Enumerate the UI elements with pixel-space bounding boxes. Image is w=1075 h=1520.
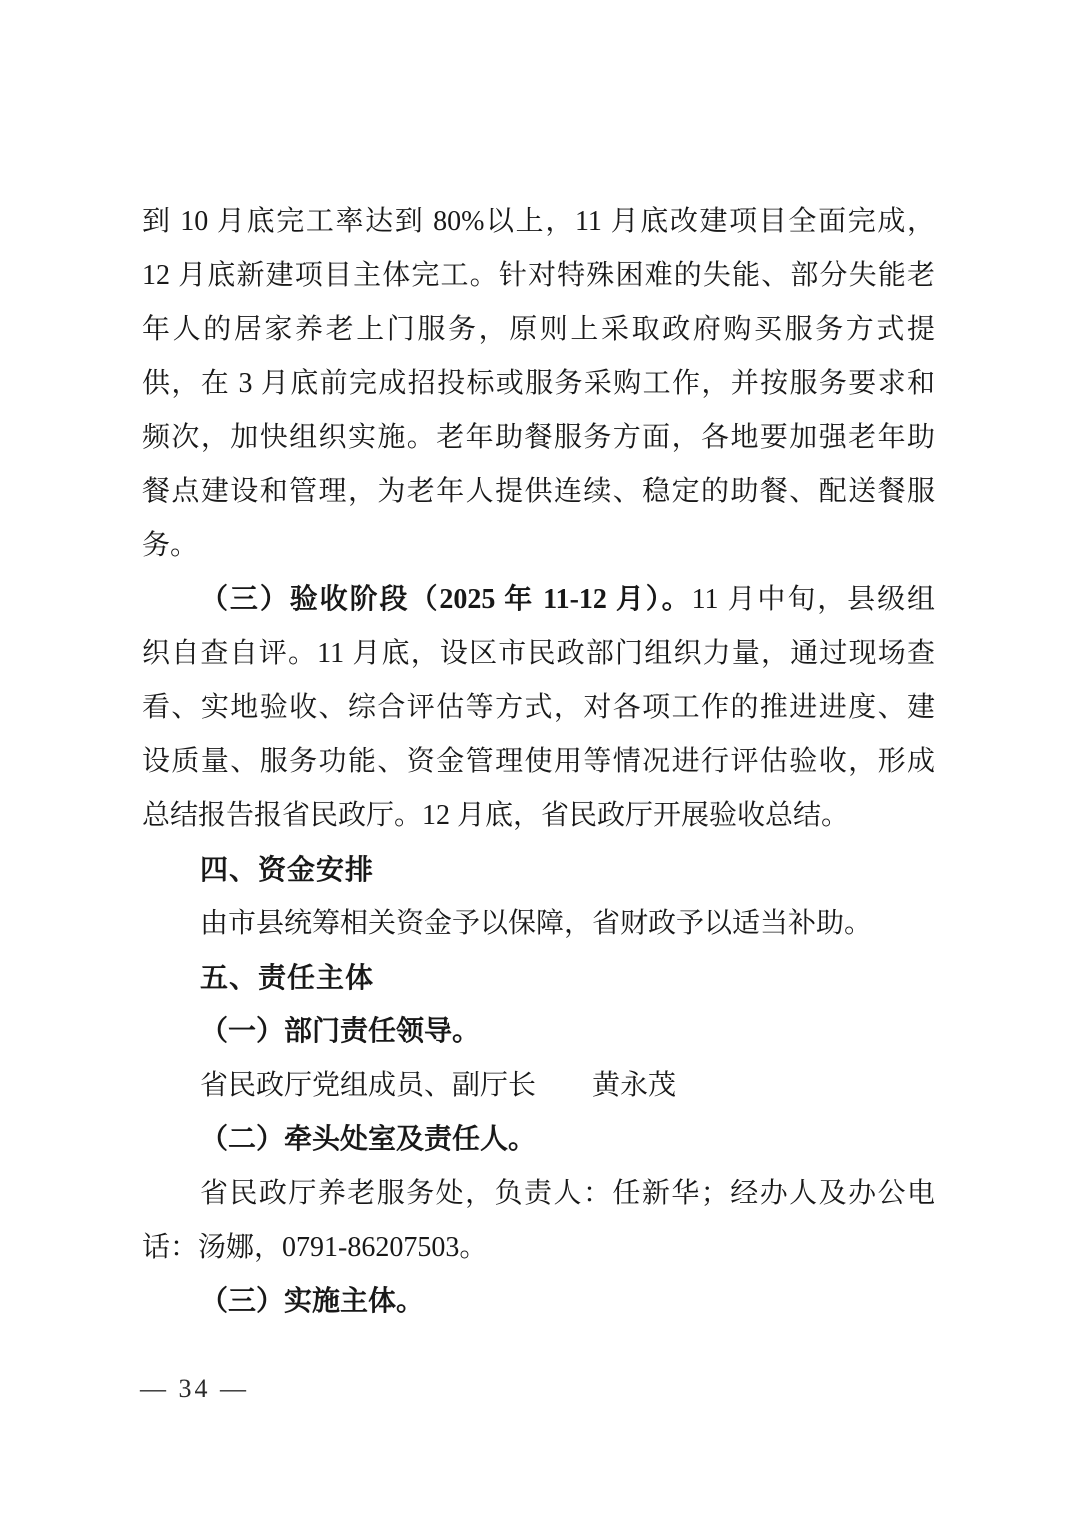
body-line: 餐点建设和管理，为老年人提供连续、稳定的助餐、配送餐服: [142, 465, 935, 519]
body-line: 年人的居家养老上门服务，原则上采取政府购买服务方式提: [142, 303, 935, 357]
subsection-heading-lead-office: （二）牵头处室及责任人。: [142, 1113, 935, 1167]
document-body: 到 10 月底完工率达到 80%以上，11 月底改建项目全面完成， 12 月底新…: [142, 195, 935, 1329]
subsection-heading-acceptance: （三）验收阶段（2025 年 11-12 月）。: [200, 584, 692, 615]
body-line: 话：汤娜，0791-86207503。: [142, 1221, 935, 1275]
section-heading-funding: 四、资金安排: [142, 843, 935, 897]
body-line: 省民政厅党组成员、副厅长 黄永茂: [142, 1059, 935, 1113]
body-line: 11 月中旬，县级组: [692, 584, 935, 615]
page-number: — 34 —: [140, 1362, 249, 1416]
body-line: 务。: [142, 519, 935, 573]
body-line: 到 10 月底完工率达到 80%以上，11 月底改建项目全面完成，: [142, 195, 935, 249]
subsection-heading-department-leader: （一）部门责任领导。: [142, 1005, 935, 1059]
body-line: 设质量、服务功能、资金管理使用等情况进行评估验收，形成: [142, 735, 935, 789]
body-line: 12 月底新建项目主体完工。针对特殊困难的失能、部分失能老: [142, 249, 935, 303]
body-line: 供，在 3 月底前完成招投标或服务采购工作，并按服务要求和: [142, 357, 935, 411]
body-line: 由市县统筹相关资金予以保障，省财政予以适当补助。: [142, 897, 935, 951]
section-heading-responsibility: 五、责任主体: [142, 951, 935, 1005]
body-line: 省民政厅养老服务处，负责人：任新华；经办人及办公电: [142, 1167, 935, 1221]
subsection-heading-implementing-body: （三）实施主体。: [142, 1275, 935, 1329]
body-line: 看、实地验收、综合评估等方式，对各项工作的推进进度、建: [142, 681, 935, 735]
body-line: 频次，加快组织实施。老年助餐服务方面，各地要加强老年助: [142, 411, 935, 465]
body-line: 织自查自评。11 月底，设区市民政部门组织力量，通过现场查: [142, 627, 935, 681]
document-page: 到 10 月底完工率达到 80%以上，11 月底改建项目全面完成， 12 月底新…: [0, 0, 1075, 1520]
body-line: 总结报告报省民政厅。12 月底，省民政厅开展验收总结。: [142, 789, 935, 843]
paragraph-line: （三）验收阶段（2025 年 11-12 月）。11 月中旬，县级组: [142, 573, 935, 627]
